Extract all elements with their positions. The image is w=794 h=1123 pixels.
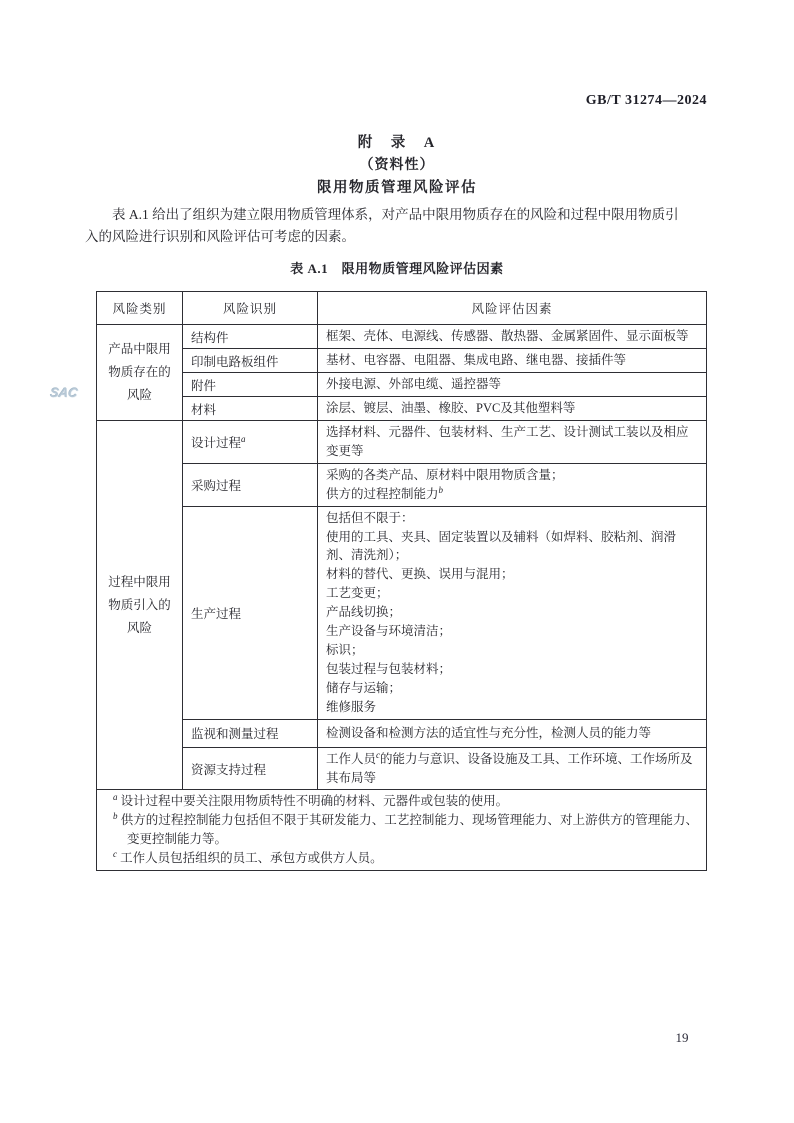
factors-cell: 检测设备和检测方法的适宜性与充分性，检测人员的能力等 <box>318 719 707 747</box>
process-label: 生产过程 <box>191 607 241 621</box>
factor-text: 包括但不限于： <box>326 511 414 525</box>
footnotes-cell: a 设计过程中要关注限用物质特性不明确的材料、元器件或包装的使用。 b 供方的过… <box>97 790 707 871</box>
factor-text: 外接电源、外部电缆、遥控器等 <box>326 377 501 391</box>
factor-text: 标识； <box>326 643 364 657</box>
table-row: 生产过程 包括但不限于： 使用的工具、夹具、固定装置以及辅料（如焊料、胶粘剂、润… <box>97 506 707 719</box>
factors-cell: 框架、壳体、电源线、传感器、散热器、金属紧固件、显示面板等 <box>318 325 707 349</box>
footnote-c-text: 工作人员包括组织的员工、承包方或供方人员。 <box>120 851 383 865</box>
process-label: 资源支持过程 <box>191 763 266 777</box>
sac-watermark-logo: SAC <box>49 385 86 403</box>
risk-assessment-table: 风险类别 风险识别 风险评估因素 产品中限用物质存在的风险 结构件 框架、壳体、… <box>96 291 707 871</box>
factor-text: 工作人员 <box>326 752 376 766</box>
process-label: 结构件 <box>191 331 229 345</box>
factor-line: 工作人员c的能力与意识、设备设施及工具、工作环境、工作场所及其布局等 <box>326 750 698 788</box>
process-cell: 采购过程 <box>183 463 318 506</box>
factors-cell: 包括但不限于： 使用的工具、夹具、固定装置以及辅料（如焊料、胶粘剂、润滑剂、清洗… <box>318 506 707 719</box>
process-cell: 附件 <box>183 373 318 397</box>
col-header-risk-factors: 风险评估因素 <box>318 292 707 325</box>
footnote-c-marker: c <box>113 849 117 859</box>
table-row: 材料 涂层、镀层、油墨、橡胶、PVC及其他塑料等 <box>97 397 707 421</box>
footnote-b-text: 供方的过程控制能力包括但不限于其研发能力、工艺控制能力、现场管理能力、对上游供方… <box>121 813 698 846</box>
factor-text: 工艺变更； <box>326 586 389 600</box>
process-label: 采购过程 <box>191 479 241 493</box>
factor-text: 包装过程与包装材料； <box>326 662 451 676</box>
factor-text: 检测设备和检测方法的适宜性与充分性，检测人员的能力等 <box>326 726 651 740</box>
process-label: 印制电路板组件 <box>191 355 279 369</box>
footnote-a-text: 设计过程中要关注限用物质特性不明确的材料、元器件或包装的使用。 <box>121 794 509 808</box>
factor-text: 框架、壳体、电源线、传感器、散热器、金属紧固件、显示面板等 <box>326 329 689 343</box>
factors-cell: 选择材料、元器件、包装材料、生产工艺、设计测试工装以及相应变更等 <box>318 421 707 464</box>
standard-code: GB/T 31274—2024 <box>586 93 707 109</box>
table-header-row: 风险类别 风险识别 风险评估因素 <box>97 292 707 325</box>
factor-text: 采购的各类产品、原材料中限用物质含量； <box>326 468 564 482</box>
sac-watermark-text: SAC <box>49 385 79 400</box>
factor-line: 采购的各类产品、原材料中限用物质含量； <box>326 466 698 485</box>
intro-line-1: 表 A.1 给出了组织为建立限用物质管理体系，对产品中限用物质存在的风险和过程中… <box>85 204 713 226</box>
factors-cell: 外接电源、外部电缆、遥控器等 <box>318 373 707 397</box>
process-cell: 材料 <box>183 397 318 421</box>
table-row: 产品中限用物质存在的风险 结构件 框架、壳体、电源线、传感器、散热器、金属紧固件… <box>97 325 707 349</box>
footnote-b: b 供方的过程控制能力包括但不限于其研发能力、工艺控制能力、现场管理能力、对上游… <box>105 811 698 849</box>
factors-cell: 基材、电容器、电阻器、集成电路、继电器、接插件等 <box>318 349 707 373</box>
intro-line-2: 入的风险进行识别和风险评估可考虑的因素。 <box>85 226 713 248</box>
factor-line: 包括但不限于： <box>326 509 698 528</box>
table-row: 过程中限用物质引入的风险 设计过程a 选择材料、元器件、包装材料、生产工艺、设计… <box>97 421 707 464</box>
factor-line: 标识； <box>326 641 698 660</box>
factor-line: 外接电源、外部电缆、遥控器等 <box>326 375 698 394</box>
factor-text: 选择材料、元器件、包装材料、生产工艺、设计测试工装以及相应变更等 <box>326 425 689 458</box>
factors-cell: 采购的各类产品、原材料中限用物质含量； 供方的过程控制能力b <box>318 463 707 506</box>
factor-line: 储存与运输； <box>326 679 698 698</box>
factor-line: 选择材料、元器件、包装材料、生产工艺、设计测试工装以及相应变更等 <box>326 423 698 461</box>
factor-line: 工艺变更； <box>326 584 698 603</box>
factor-line: 维修服务 <box>326 698 698 717</box>
process-label: 设计过程 <box>191 436 241 450</box>
footnote-a: a 设计过程中要关注限用物质特性不明确的材料、元器件或包装的使用。 <box>105 792 698 811</box>
footnote-a-marker: a <box>113 792 118 802</box>
factor-line: 检测设备和检测方法的适宜性与充分性，检测人员的能力等 <box>326 724 698 743</box>
process-label: 附件 <box>191 379 216 393</box>
table-row: 采购过程 采购的各类产品、原材料中限用物质含量； 供方的过程控制能力b <box>97 463 707 506</box>
footnote-ref-b: b <box>439 485 444 495</box>
factor-text: 的能力与意识、设备设施及工具、工作环境、工作场所及其布局等 <box>326 752 693 785</box>
category-cell-product: 产品中限用物质存在的风险 <box>97 325 183 421</box>
factor-text: 材料的替代、更换、误用与混用； <box>326 567 514 581</box>
col-header-risk-category: 风险类别 <box>97 292 183 325</box>
process-cell: 设计过程a <box>183 421 318 464</box>
factor-text: 维修服务 <box>326 700 376 714</box>
factor-text: 基材、电容器、电阻器、集成电路、继电器、接插件等 <box>326 353 626 367</box>
table-caption: 表 A.1 限用物质管理风险评估因素 <box>0 258 794 277</box>
factor-line: 供方的过程控制能力b <box>326 485 698 504</box>
factor-line: 生产设备与环境清洁； <box>326 622 698 641</box>
page-number: 19 <box>660 1030 704 1046</box>
factor-line: 涂层、镀层、油墨、橡胶、PVC及其他塑料等 <box>326 399 698 418</box>
appendix-subtitle: （资料性） <box>0 154 794 174</box>
factor-line: 材料的替代、更换、误用与混用； <box>326 565 698 584</box>
intro-paragraph: 表 A.1 给出了组织为建立限用物质管理体系，对产品中限用物质存在的风险和过程中… <box>85 204 713 247</box>
footnote-c: c 工作人员包括组织的员工、承包方或供方人员。 <box>105 849 698 868</box>
factors-cell: 涂层、镀层、油墨、橡胶、PVC及其他塑料等 <box>318 397 707 421</box>
factor-text: 供方的过程控制能力 <box>326 487 439 501</box>
process-label: 材料 <box>191 403 216 417</box>
factors-cell: 工作人员c的能力与意识、设备设施及工具、工作环境、工作场所及其布局等 <box>318 747 707 790</box>
table-footnotes-row: a 设计过程中要关注限用物质特性不明确的材料、元器件或包装的使用。 b 供方的过… <box>97 790 707 871</box>
factor-line: 使用的工具、夹具、固定装置以及辅料（如焊料、胶粘剂、润滑剂、清洗剂）； <box>326 528 698 566</box>
process-cell: 生产过程 <box>183 506 318 719</box>
factor-text: 产品线切换； <box>326 605 401 619</box>
factor-text: 储存与运输； <box>326 681 401 695</box>
appendix-title: 附 录 A <box>0 131 794 152</box>
factor-text: 生产设备与环境清洁； <box>326 624 451 638</box>
process-cell: 监视和测量过程 <box>183 719 318 747</box>
factor-line: 框架、壳体、电源线、传感器、散热器、金属紧固件、显示面板等 <box>326 327 698 346</box>
table-row: 印制电路板组件 基材、电容器、电阻器、集成电路、继电器、接插件等 <box>97 349 707 373</box>
factor-line: 包装过程与包装材料； <box>326 660 698 679</box>
table-row: 附件 外接电源、外部电缆、遥控器等 <box>97 373 707 397</box>
process-cell: 印制电路板组件 <box>183 349 318 373</box>
footnote-ref-a: a <box>241 434 246 444</box>
document-page: GB/T 31274—2024 SAC 附 录 A （资料性） 限用物质管理风险… <box>0 0 794 1123</box>
factor-text: 涂层、镀层、油墨、橡胶、PVC及其他塑料等 <box>326 401 575 415</box>
appendix-heading: 限用物质管理风险评估 <box>0 176 794 197</box>
process-label: 监视和测量过程 <box>191 727 279 741</box>
factor-text: 使用的工具、夹具、固定装置以及辅料（如焊料、胶粘剂、润滑剂、清洗剂）； <box>326 530 676 563</box>
factor-line: 基材、电容器、电阻器、集成电路、继电器、接插件等 <box>326 351 698 370</box>
process-cell: 结构件 <box>183 325 318 349</box>
col-header-risk-identification: 风险识别 <box>183 292 318 325</box>
table-row: 资源支持过程 工作人员c的能力与意识、设备设施及工具、工作环境、工作场所及其布局… <box>97 747 707 790</box>
footnote-b-marker: b <box>113 811 118 821</box>
category-cell-process: 过程中限用物质引入的风险 <box>97 421 183 790</box>
process-cell: 资源支持过程 <box>183 747 318 790</box>
factor-line: 产品线切换； <box>326 603 698 622</box>
table-row: 监视和测量过程 检测设备和检测方法的适宜性与充分性，检测人员的能力等 <box>97 719 707 747</box>
